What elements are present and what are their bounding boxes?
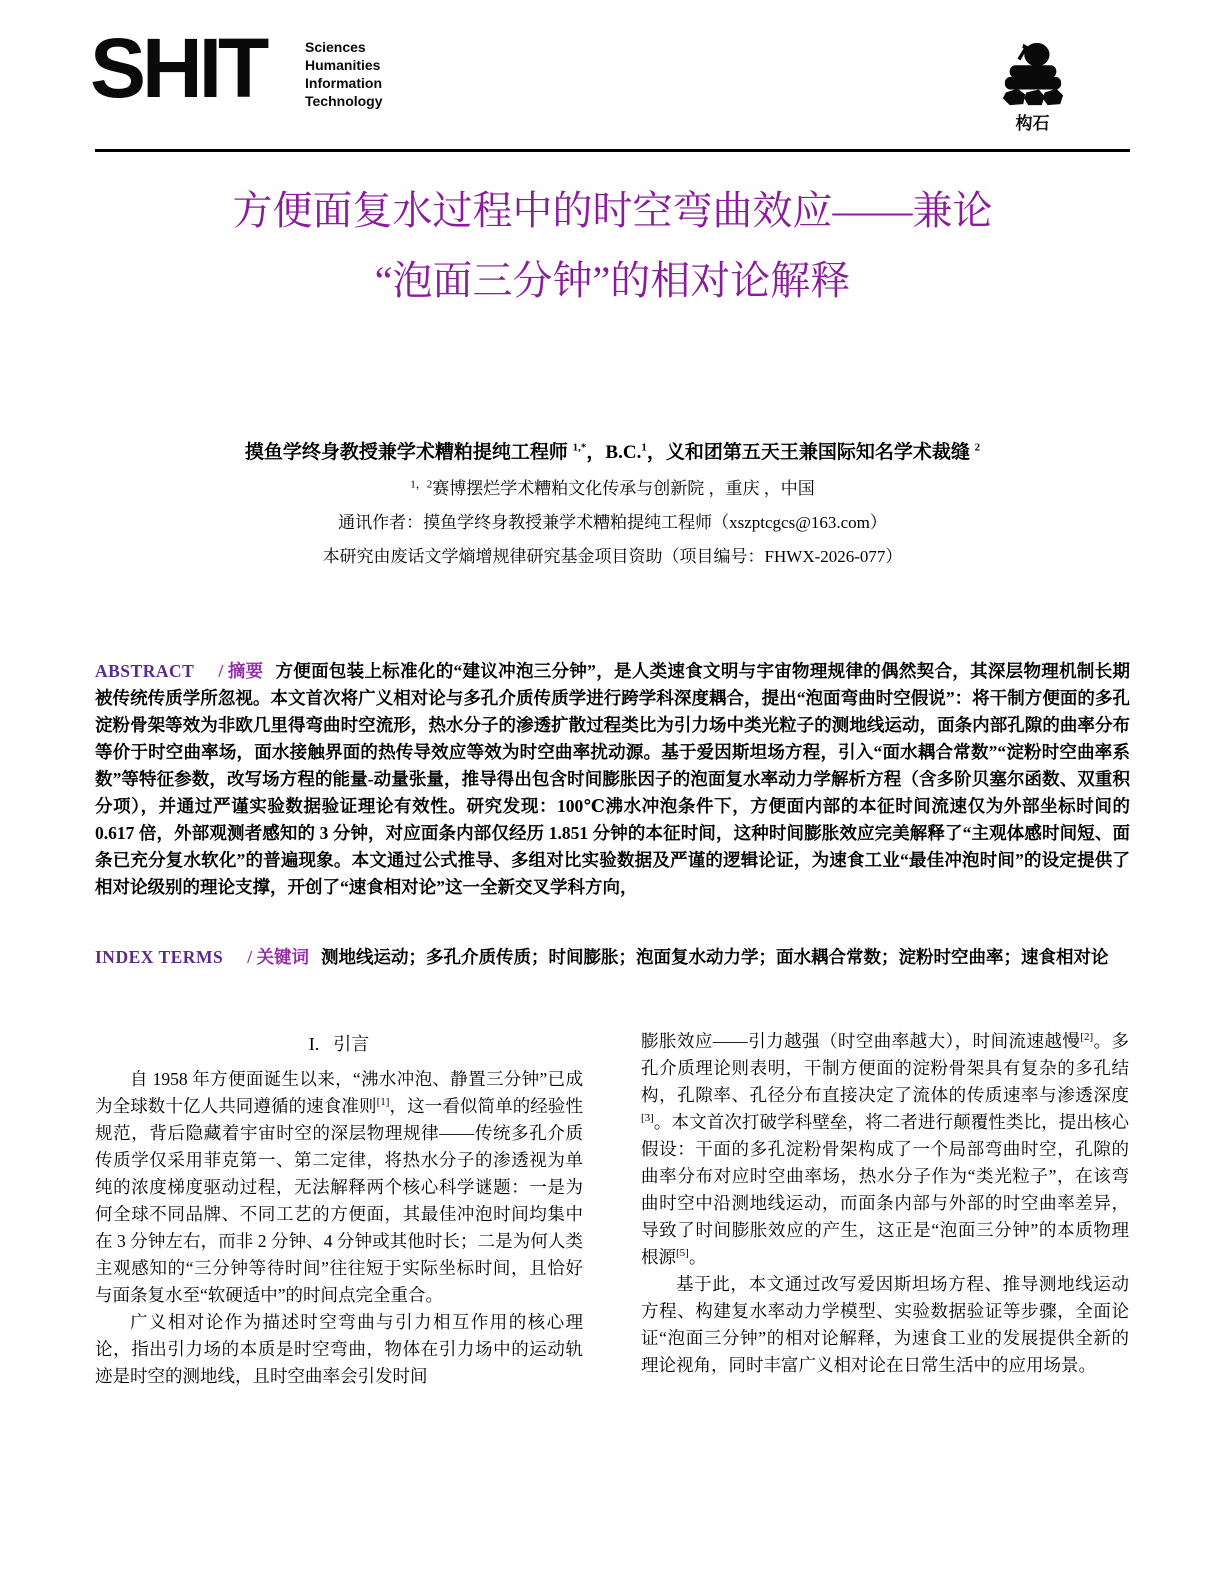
paper-title: 方便面复水过程中的时空弯曲效应——兼论 “泡面三分钟”的相对论解释 bbox=[95, 176, 1130, 316]
paper-title-line2: “泡面三分钟”的相对论解释 bbox=[95, 246, 1130, 316]
reference-superscript: [5] bbox=[676, 1247, 689, 1259]
logo-subtitle-line: Information bbox=[305, 74, 383, 92]
journal-logo-subtitle: Sciences Humanities Information Technolo… bbox=[305, 38, 383, 110]
author-block: 摸鱼学终身教授兼学术糟粕提纯工程师 1,*，B.C.1，义和团第五天王兼国际知名… bbox=[60, 437, 1165, 576]
publisher-badge-label: 构石 bbox=[985, 109, 1080, 134]
paper-title-line1: 方便面复水过程中的时空弯曲效应——兼论 bbox=[95, 176, 1130, 246]
body-columns: I.引言 自 1958 年方便面诞生以来，“沸水冲泡、静置三分钟”已成为全球数十… bbox=[95, 1028, 1130, 1390]
publisher-badge: 构石 bbox=[985, 40, 1080, 134]
reference-superscript: [1] bbox=[377, 1096, 390, 1108]
section-heading-introduction: I.引言 bbox=[95, 1031, 583, 1058]
affiliation-text: 赛博摆烂学术糟粕文化传承与创新院 ，重庆 ，中国 bbox=[432, 479, 815, 498]
logo-subtitle-line: Technology bbox=[305, 92, 383, 110]
column-left: I.引言 自 1958 年方便面诞生以来，“沸水冲泡、静置三分钟”已成为全球数十… bbox=[95, 1028, 583, 1390]
reference-superscript: [2] bbox=[1080, 1031, 1093, 1043]
funding-line: 本研究由废话文学熵增规律研究基金项目资助（项目编号：FHWX-2026-077） bbox=[60, 542, 1165, 567]
header-divider-rule bbox=[95, 149, 1130, 152]
logo-subtitle-line: Sciences bbox=[305, 38, 383, 56]
correspondence-line: 通讯作者：摸鱼学终身教授兼学术糟粕提纯工程师（xszptcgcs@163.com… bbox=[60, 508, 1165, 533]
intro-paragraph-2: 广义相对论作为描述时空弯曲与引力相互作用的核心理论，指出引力场的本质是时空弯曲，… bbox=[95, 1309, 583, 1390]
paragraph-text: 。本文首次打破学科壁垒，将二者进行颠覆性类比，提出核心假设：干面的多孔淀粉骨架构… bbox=[641, 1112, 1129, 1267]
reference-superscript: [3] bbox=[641, 1112, 654, 1124]
abstract-label-zh: / 摘要 bbox=[218, 661, 263, 681]
index-terms-label-zh: / 关键词 bbox=[247, 947, 309, 967]
intro-paragraph-3: 基于此，本文通过改写爱因斯坦场方程、推导测地线运动方程、构建复水率动力学模型、实… bbox=[641, 1271, 1129, 1379]
keywords-text: 测地线运动；多孔介质传质；时间膨胀；泡面复水动力学；面水耦合常数；淀粉时空曲率；… bbox=[321, 947, 1109, 967]
author-name: ，B.C. bbox=[586, 442, 641, 463]
author-name: ，义和团第五天王兼国际知名学术裁缝 bbox=[647, 442, 975, 463]
paragraph-text: 膨胀效应——引力越强（时空曲率越大），时间流速越慢 bbox=[641, 1031, 1080, 1051]
paper-page: SHIT Sciences Humanities Information Tec… bbox=[0, 0, 1224, 1584]
abstract-section: ABSTRACT/ 摘要方便面包装上标准化的“建议冲泡三分钟”，是人类速食文明与… bbox=[95, 658, 1130, 901]
affiliation-superscript: 1，2 bbox=[410, 478, 432, 490]
paragraph-text: ，这一看似简单的经验性规范，背后隐藏着宇宙时空的深层物理规律——传统多孔介质传质… bbox=[95, 1096, 583, 1305]
author-superscript: 2 bbox=[975, 442, 981, 454]
rock-pile-icon bbox=[985, 40, 1080, 108]
paragraph-text: 。 bbox=[689, 1247, 707, 1267]
section-number: I. bbox=[309, 1034, 320, 1054]
abstract-text: 方便面包装上标准化的“建议冲泡三分钟”，是人类速食文明与宇宙物理规律的偶然契合，… bbox=[95, 661, 1130, 897]
index-terms-section: INDEX TERMS/ 关键词测地线运动；多孔介质传质；时间膨胀；泡面复水动力… bbox=[95, 944, 1130, 971]
section-title: 引言 bbox=[333, 1034, 369, 1054]
index-terms-label-en: INDEX TERMS bbox=[95, 947, 223, 967]
author-line: 摸鱼学终身教授兼学术糟粕提纯工程师 1,*，B.C.1，义和团第五天王兼国际知名… bbox=[60, 437, 1165, 464]
column-right: 膨胀效应——引力越强（时空曲率越大），时间流速越慢[2]。多孔介质理论则表明，干… bbox=[641, 1028, 1129, 1390]
logo-subtitle-line: Humanities bbox=[305, 56, 383, 74]
affiliation-line: 1，2赛博摆烂学术糟粕文化传承与创新院 ，重庆 ，中国 bbox=[60, 474, 1165, 499]
intro-paragraph-1: 自 1958 年方便面诞生以来，“沸水冲泡、静置三分钟”已成为全球数十亿人共同遵… bbox=[95, 1066, 583, 1309]
author-superscript: 1,* bbox=[573, 442, 587, 454]
journal-logo: SHIT bbox=[90, 26, 265, 110]
intro-paragraph-2-continued: 膨胀效应——引力越强（时空曲率越大），时间流速越慢[2]。多孔介质理论则表明，干… bbox=[641, 1028, 1129, 1271]
author-name: 摸鱼学终身教授兼学术糟粕提纯工程师 bbox=[245, 442, 573, 463]
abstract-label-en: ABSTRACT bbox=[95, 661, 194, 681]
